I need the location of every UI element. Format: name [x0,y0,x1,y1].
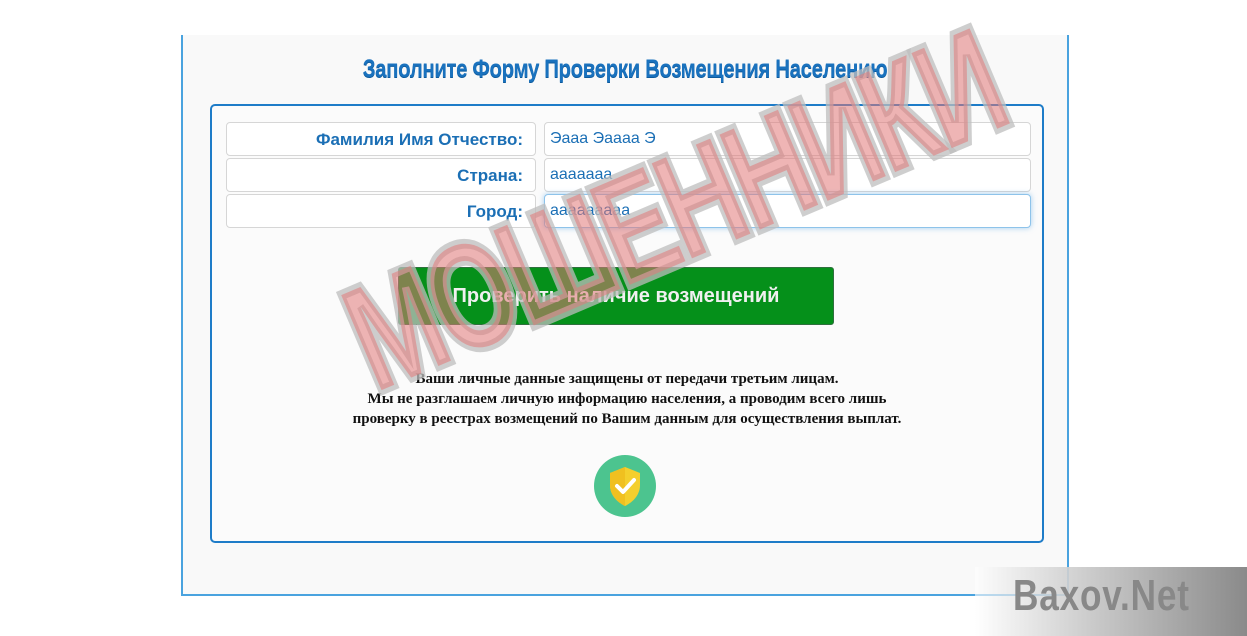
fullname-label: Фамилия Имя Отчество: [226,122,536,156]
notice-line: Мы не разглашаем личную информацию насел… [212,389,1042,409]
watermark-text: Baxov.Net [1013,571,1190,621]
check-compensation-button[interactable]: Проверить наличие возмещений [398,267,834,325]
form-title: Заполните Форму Проверки Возмещения Насе… [263,55,988,84]
form-container: Заполните Форму Проверки Возмещения Насе… [181,35,1069,596]
notice-line: Ваши личные данные защищены от передачи … [212,369,1042,389]
city-label: Город: [226,194,536,228]
site-watermark: Baxov.Net [975,567,1247,636]
notice-line: проверку в реестрах возмещений по Вашим … [212,409,1042,429]
form-panel: Фамилия Имя Отчество: Страна: Город: Про… [210,104,1044,543]
shield-check-icon [594,455,656,517]
city-input[interactable] [544,194,1031,228]
country-label: Страна: [226,158,536,192]
form-row-fullname: Фамилия Имя Отчество: [226,122,1032,158]
form-row-city: Город: [226,194,1032,230]
country-input[interactable] [544,158,1031,192]
privacy-notice: Ваши личные данные защищены от передачи … [212,369,1042,429]
form-row-country: Страна: [226,158,1032,194]
fullname-input[interactable] [544,122,1031,156]
